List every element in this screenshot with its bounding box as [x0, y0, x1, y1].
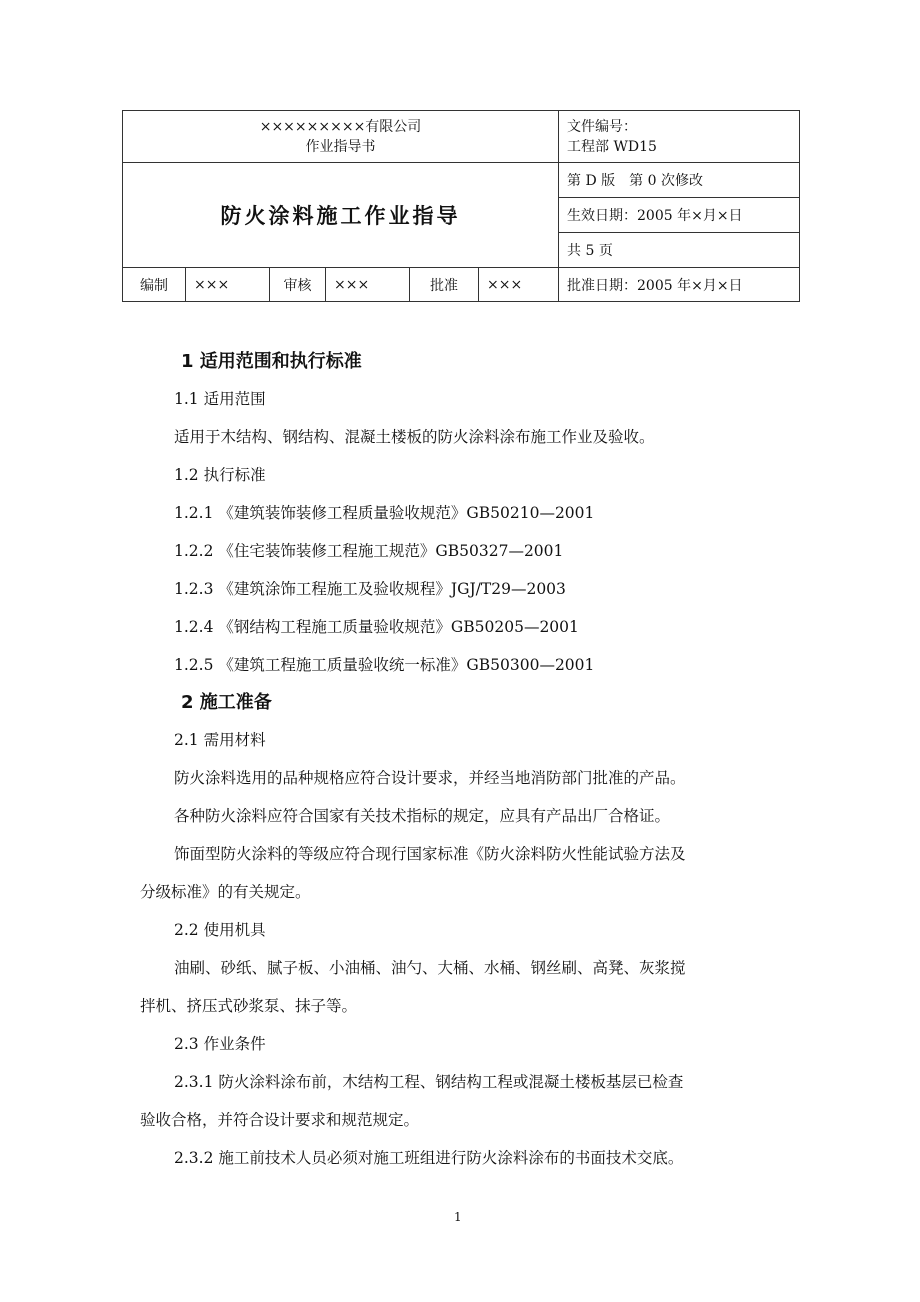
section-2-1-heading: 2.1 需用材料	[174, 728, 266, 750]
paragraph: 验收合格，并符合设计要求和规范规定。	[140, 1108, 419, 1130]
section-1-2-heading: 1.2 执行标准	[174, 463, 266, 485]
company-name: ×××××××××有限公司	[123, 117, 558, 137]
standard-item: 1.2.5 《建筑工程施工质量验收统一标准》GB50300—2001	[174, 653, 594, 675]
approved-value: ×××	[479, 268, 559, 302]
standard-item: 1.2.4 《钢结构工程施工质量验收规范》GB50205—2001	[174, 615, 579, 637]
doc-number-value: 工程部 WD15	[567, 137, 799, 157]
paragraph: 分级标准》的有关规定。	[140, 880, 311, 902]
document-page: ×××××××××有限公司 作业指导书 文件编号： 工程部 WD15 防火涂料施…	[0, 0, 920, 1302]
approved-label: 批准	[410, 268, 479, 302]
approval-date-cell: 批准日期：2005 年×月×日	[559, 268, 800, 302]
paragraph: 拌机、挤压式砂浆泵、抹子等。	[140, 994, 357, 1016]
effective-date-cell: 生效日期：2005 年×月×日	[559, 198, 800, 233]
paragraph: 油刷、砂纸、腻子板、小油桶、油勺、大桶、水桶、钢丝刷、高凳、灰浆搅	[174, 956, 686, 978]
header-table: ×××××××××有限公司 作业指导书 文件编号： 工程部 WD15 防火涂料施…	[122, 110, 800, 302]
doc-type: 作业指导书	[123, 137, 558, 157]
document-title: 防火涂料施工作业指导	[123, 163, 559, 268]
paragraph: 各种防火涂料应符合国家有关技术指标的规定，应具有产品出厂合格证。	[174, 804, 670, 826]
compiled-label: 编制	[123, 268, 186, 302]
section-2-heading: 2 施工准备	[181, 688, 272, 714]
doc-number-cell: 文件编号： 工程部 WD15	[559, 111, 800, 163]
page-number: 1	[454, 1210, 462, 1224]
reviewed-label: 审核	[270, 268, 326, 302]
paragraph: 饰面型防火涂料的等级应符合现行国家标准《防火涂料防火性能试验方法及	[174, 842, 686, 864]
version-cell: 第 D 版 第 0 次修改	[559, 163, 800, 198]
standard-item: 1.2.3 《建筑涂饰工程施工及验收规程》JGJ/T29—2003	[174, 577, 566, 599]
section-2-2-heading: 2.2 使用机具	[174, 918, 266, 940]
section-1-heading: 1 适用范围和执行标准	[181, 347, 362, 373]
paragraph: 2.3.1 防火涂料涂布前，木结构工程、钢结构工程或混凝土楼板基层已检查	[174, 1070, 683, 1092]
section-1-1-heading: 1.1 适用范围	[174, 387, 266, 409]
paragraph: 2.3.2 施工前技术人员必须对施工班组进行防火涂料涂布的书面技术交底。	[174, 1146, 683, 1168]
total-pages-cell: 共 5 页	[559, 233, 800, 268]
standard-item: 1.2.2 《住宅装饰装修工程施工规范》GB50327—2001	[174, 539, 563, 561]
section-1-1-text: 适用于木结构、钢结构、混凝土楼板的防火涂料涂布施工作业及验收。	[174, 425, 655, 447]
compiled-value: ×××	[186, 268, 270, 302]
doc-number-label: 文件编号：	[567, 117, 799, 137]
company-cell: ×××××××××有限公司 作业指导书	[123, 111, 559, 163]
standard-item: 1.2.1 《建筑装饰装修工程质量验收规范》GB50210—2001	[174, 501, 594, 523]
section-2-3-heading: 2.3 作业条件	[174, 1032, 266, 1054]
paragraph: 防火涂料选用的品种规格应符合设计要求，并经当地消防部门批准的产品。	[174, 766, 686, 788]
reviewed-value: ×××	[326, 268, 410, 302]
